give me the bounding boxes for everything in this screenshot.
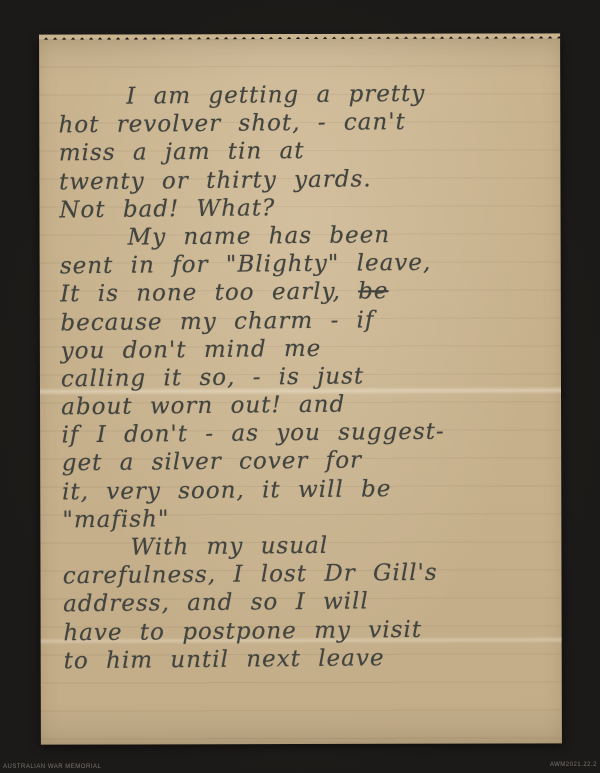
letter-paper: I am getting a pretty hot revolver shot,…: [39, 38, 562, 744]
letter-line-text: It is none too early,: [60, 279, 358, 308]
letter-text: I am getting a pretty hot revolver shot,…: [58, 79, 550, 676]
archive-reference-label: AWM2021.22.2: [550, 762, 597, 768]
letter-line: to him until next leave: [64, 642, 550, 675]
struck-word: be: [358, 278, 389, 304]
scan-background: I am getting a pretty hot revolver shot,…: [0, 0, 600, 773]
archive-holder-label: AUSTRALIAN WAR MEMORIAL: [3, 764, 101, 770]
